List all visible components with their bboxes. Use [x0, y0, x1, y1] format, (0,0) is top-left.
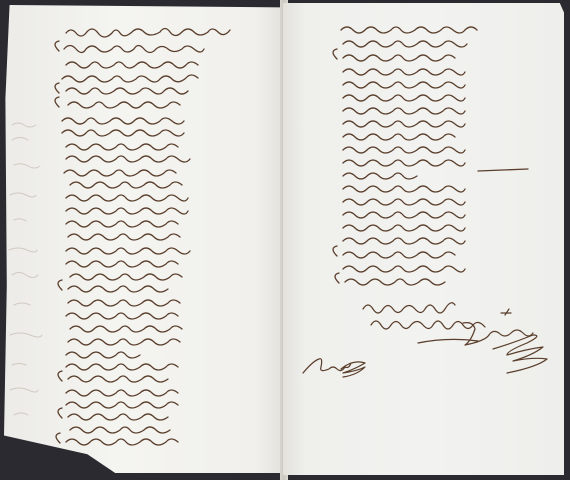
right-page: [illegible handwritten cursive text] [283, 3, 564, 475]
left-page: [illegible handwritten cursive text] [4, 5, 282, 473]
left-page-handwriting [4, 5, 282, 473]
signature-block [303, 303, 547, 377]
right-page-handwriting [283, 3, 564, 475]
manuscript-spread: [illegible handwritten cursive text] [0, 0, 570, 480]
